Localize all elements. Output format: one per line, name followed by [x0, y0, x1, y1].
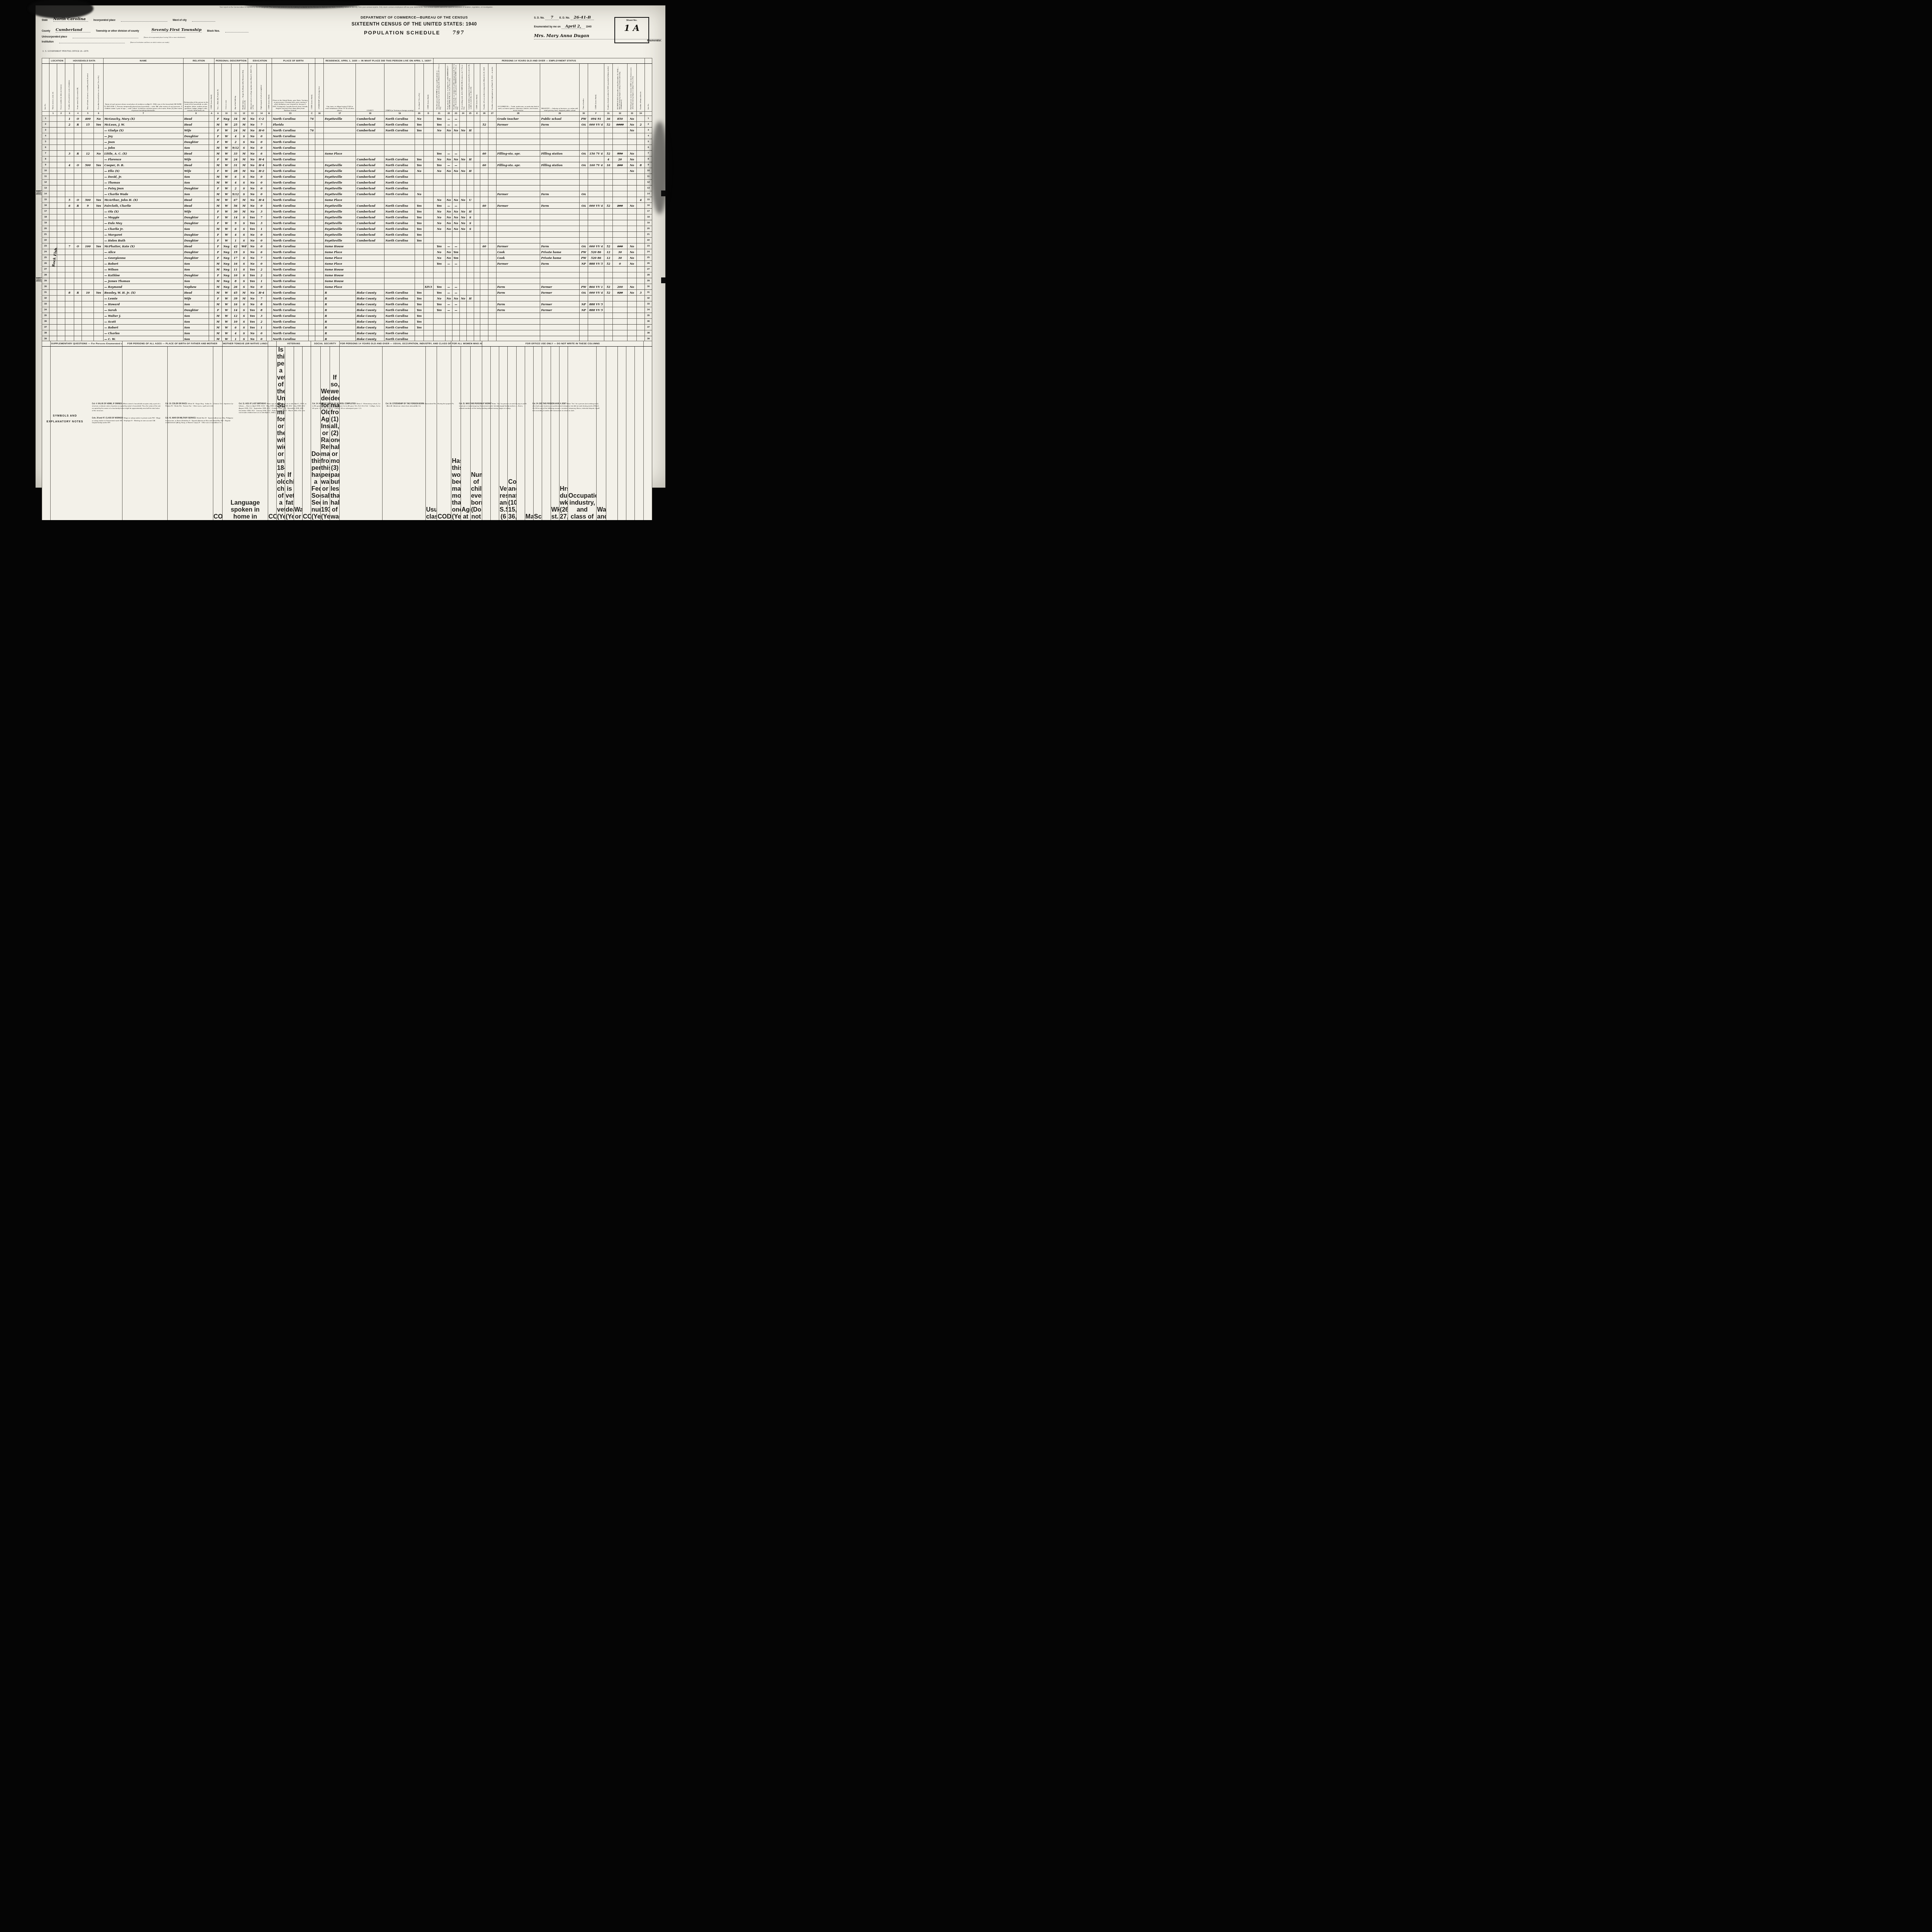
cell-c20 — [415, 139, 424, 145]
cell-c3 — [65, 330, 74, 336]
cell-c23: — — [452, 307, 460, 313]
cell-cA — [209, 330, 214, 336]
cell-c12: S — [240, 301, 248, 307]
cell-c13: No — [248, 209, 257, 214]
cell-c27 — [488, 162, 497, 168]
cell-c31 — [604, 232, 613, 238]
cell-c23: No — [452, 128, 460, 133]
cell-c26 — [480, 255, 488, 261]
cell-c22 — [445, 272, 452, 278]
cell-c21: No — [433, 255, 445, 261]
cell-c2 — [57, 243, 65, 249]
cell-ln2: 6 — [645, 145, 652, 151]
cell-c8: Son — [183, 278, 209, 284]
cell-c3 — [65, 261, 74, 267]
cell-ln: 8 — [42, 156, 49, 162]
explanatory-note: Col. 21. WAS THIS PERSON AT WORK? Enter … — [459, 403, 528, 415]
column-group: EDUCATION — [248, 58, 272, 64]
cell-c2 — [57, 145, 65, 151]
cell-c28 — [496, 209, 540, 214]
cell-c12: M — [240, 197, 248, 203]
cell-c12: S — [240, 330, 248, 336]
cell-cC — [309, 226, 315, 232]
cell-cC — [309, 238, 315, 243]
cell-c6 — [94, 226, 104, 232]
census-row: 20— Charlie Jr.SonMW6SYes1North Carolina… — [42, 226, 652, 232]
cell-ln: 24 — [42, 249, 49, 255]
cell-c28: Filling-sta. opr. — [496, 151, 540, 156]
cell-c13: Yes — [248, 307, 257, 313]
cell-c15: North Carolina — [272, 272, 309, 278]
cell-cC — [309, 168, 315, 174]
cell-c26: 60 — [480, 203, 488, 209]
column-caption-s50: Number of children ever born (Do not inc… — [471, 472, 482, 520]
cell-cB — [266, 267, 272, 272]
cell-c10: W — [221, 133, 231, 139]
cell-c32: 1000 — [613, 122, 627, 128]
cell-cB — [266, 156, 272, 162]
cell-c5: 500 — [82, 197, 94, 203]
cell-c12: M — [240, 168, 248, 174]
cell-c7: — Charlie Jr. — [104, 226, 184, 232]
cell-c23: — — [452, 290, 460, 296]
cell-c14: 0 — [257, 139, 266, 145]
cell-c6: Yes — [94, 122, 104, 128]
column-header-s45: USUAL OCCUPATION — [340, 347, 383, 520]
cell-ln2: 29 — [645, 278, 652, 284]
column-caption-sS: Wk. st. (21–25) — [551, 507, 560, 520]
cell-c24 — [459, 238, 467, 243]
cell-c32: 30 — [613, 255, 627, 261]
column-header-c23: If neither at work nor assigned to publi… — [452, 64, 460, 112]
cell-c14: 0 — [257, 232, 266, 238]
cell-cA — [209, 226, 214, 232]
cell-c21 — [433, 174, 445, 180]
cell-c17: Same House — [324, 272, 356, 278]
column-header-c29: INDUSTRY — Industry or business, as cott… — [540, 64, 579, 112]
cell-cA — [209, 261, 214, 267]
cell-cB — [266, 319, 272, 325]
cell-c32 — [613, 180, 627, 185]
column-group: PERSONS 14 YEARS OLD AND OVER — EMPLOYME… — [433, 58, 645, 64]
cell-c4 — [74, 296, 82, 301]
cell-c17: Same House — [324, 267, 356, 272]
cell-c17: Fayetteville — [324, 238, 356, 243]
column-header-c20: On a farm? (Yes or No) — [415, 64, 424, 112]
cell-c24 — [459, 284, 467, 290]
cell-c30 — [579, 267, 588, 272]
cell-c5 — [82, 330, 94, 336]
cell-c15: North Carolina — [272, 162, 309, 168]
census-row: 166R9YesFaircloth, CharlieHeadMW56MNo0No… — [42, 203, 652, 209]
cell-ln2: 34 — [645, 307, 652, 313]
cell-c26 — [480, 278, 488, 284]
cell-c10: W — [221, 191, 231, 197]
cell-c20: Yes — [415, 122, 424, 128]
cell-c32 — [613, 185, 627, 191]
cell-c4 — [74, 319, 82, 325]
cell-c30 — [579, 325, 588, 330]
cell-ln2: 37 — [645, 325, 652, 330]
cell-c12: S — [240, 133, 248, 139]
column-header-s36: FATHER — [122, 347, 167, 520]
cell-c1 — [49, 185, 57, 191]
cell-cF: 000 VV 4 — [588, 203, 604, 209]
cell-ln2: 1 — [645, 116, 652, 122]
cell-c30: OA — [579, 290, 588, 296]
cell-cF: 888 VV 5 — [588, 301, 604, 307]
cell-cD — [423, 319, 433, 325]
cell-c24 — [459, 174, 467, 180]
cell-c6 — [94, 330, 104, 336]
cell-c4 — [74, 226, 82, 232]
cell-cF: 888 VV 5 — [588, 261, 604, 267]
cell-cB — [266, 162, 272, 168]
cell-c28 — [496, 272, 540, 278]
census-row: 18— MaggieDaughterFW14SYes7North Carolin… — [42, 214, 652, 220]
cell-c25 — [467, 261, 474, 267]
cell-c1 — [49, 133, 57, 139]
cell-c3 — [65, 284, 74, 290]
cell-c13: No — [248, 180, 257, 185]
cell-c25: H — [467, 209, 474, 214]
cell-c33 — [627, 301, 637, 307]
column-caption-c33: Did this person receive income of $50 or… — [630, 64, 634, 109]
cell-c2 — [57, 226, 65, 232]
cell-c20 — [415, 145, 424, 151]
note-title: Col. 16. CITIZENSHIP OF THE FOREIGN BORN… — [386, 403, 425, 405]
note-title: Col. 41. WAR OR MILITARY SERVICE: — [165, 417, 197, 419]
cell-cD — [423, 145, 433, 151]
cell-c23 — [452, 191, 460, 197]
cell-cC — [309, 325, 315, 330]
cell-cE — [474, 122, 480, 128]
cell-c1 — [49, 139, 57, 145]
cell-c34 — [637, 139, 645, 145]
cell-c16 — [315, 249, 324, 255]
cell-ln2: 18 — [645, 214, 652, 220]
cell-c8: Son — [183, 174, 209, 180]
cell-c14: 0 — [257, 203, 266, 209]
cell-c6 — [94, 185, 104, 191]
column-group — [643, 341, 652, 347]
cell-cA — [209, 122, 214, 128]
cell-c5 — [82, 191, 94, 197]
column-caption-sN: Color and nat. (10, 15, 36, and 37) — [508, 479, 516, 520]
cell-c19 — [384, 139, 415, 145]
column-caption-c34: Number of farm schedule — [640, 92, 642, 109]
cell-c21 — [433, 272, 445, 278]
cell-c32 — [613, 296, 627, 301]
cell-c11: 8 — [231, 278, 240, 284]
cell-c14: H-2 — [257, 168, 266, 174]
cell-c21 — [433, 330, 445, 336]
cell-c15: North Carolina — [272, 145, 309, 151]
column-header-c25: Indicate whether engaged in home housewo… — [467, 64, 474, 112]
cell-c32 — [613, 330, 627, 336]
cell-c7: — Walter J. — [104, 313, 184, 319]
cell-c26 — [480, 249, 488, 255]
cell-c26 — [480, 301, 488, 307]
note-title: Col. 11. AGE AT LAST BIRTHDAY: — [239, 403, 267, 405]
cell-c29 — [540, 296, 579, 301]
cell-c25: U — [467, 197, 474, 203]
column-caption-s41: War or military service — [294, 507, 303, 520]
cell-c9: M — [214, 191, 222, 197]
cell-c25 — [467, 122, 474, 128]
column-caption-c28: OCCUPATION — Trade, profession, or parti… — [497, 105, 540, 111]
cell-c10: W — [221, 168, 231, 174]
cell-cF: 866 VV 1 — [588, 284, 604, 290]
cell-c26 — [480, 214, 488, 220]
cell-c11: 16 — [231, 261, 240, 267]
cell-c33 — [627, 133, 637, 139]
cell-c23 — [452, 267, 460, 272]
cell-c15: North Carolina — [272, 156, 309, 162]
cell-c11: 4 — [231, 133, 240, 139]
cell-cE — [474, 162, 480, 168]
cell-c21 — [433, 232, 445, 238]
cell-c27 — [488, 232, 497, 238]
cell-c2 — [57, 133, 65, 139]
cell-c19: North Carolina — [384, 180, 415, 185]
incorporated-label: Incorporated place — [94, 19, 116, 22]
cell-cC — [309, 290, 315, 296]
cell-c32: 550 — [613, 151, 627, 156]
cell-c22: — — [445, 243, 452, 249]
cell-cA — [209, 185, 214, 191]
cell-ln: 20 — [42, 226, 49, 232]
cell-c31 — [604, 191, 613, 197]
cell-cC — [309, 319, 315, 325]
census-row: 12— ThomasSonMW4SNo0North CarolinaFayett… — [42, 180, 652, 185]
cell-c24: No — [459, 209, 467, 214]
cell-c5: 100 — [82, 243, 94, 249]
cell-c9: F — [214, 116, 222, 122]
column-caption-c3: Number of household in order of visitati… — [68, 80, 70, 109]
cell-c7: — Margaret — [104, 232, 184, 238]
column-header-c11: Age at last birthday — [231, 64, 240, 112]
cell-cE — [474, 139, 480, 145]
cell-cB — [266, 284, 272, 290]
cell-c31: 16 — [604, 162, 613, 168]
cell-ln: 18 — [42, 214, 49, 220]
cell-cA — [209, 249, 214, 255]
cell-c6 — [94, 128, 104, 133]
column-number-c32: 32 — [613, 112, 627, 116]
cell-c18 — [356, 151, 384, 156]
cell-c19: North Carolina — [384, 307, 415, 313]
cell-c13: No — [248, 296, 257, 301]
cell-cB — [266, 174, 272, 180]
cell-cB — [266, 122, 272, 128]
cell-c13: Yes — [248, 319, 257, 325]
cell-c29: Private home — [540, 249, 579, 255]
cell-c10: W — [221, 180, 231, 185]
cell-c4 — [74, 145, 82, 151]
cell-c7: — Joy — [104, 133, 184, 139]
cell-c2 — [57, 214, 65, 220]
cell-cE — [474, 214, 480, 220]
cell-ln: 30 — [42, 284, 49, 290]
cell-cC: 76 — [309, 128, 315, 133]
cell-c19 — [384, 261, 415, 267]
cell-c5 — [82, 238, 94, 243]
cell-cD — [423, 185, 433, 191]
cell-c8: Son — [183, 226, 209, 232]
cell-cD: XIV3 — [423, 284, 433, 290]
cell-cA — [209, 296, 214, 301]
cell-c12: S — [240, 174, 248, 180]
cell-c30 — [579, 139, 588, 145]
cell-c34 — [637, 128, 645, 133]
cell-c19 — [384, 255, 415, 261]
cell-c25 — [467, 180, 474, 185]
column-caption-sU: Occupation, industry, and class of worke… — [568, 493, 597, 520]
column-header-c26: Number of hours worked during week of Ma… — [480, 64, 488, 112]
cell-c26: 60 — [480, 162, 488, 168]
cell-c17: R — [324, 290, 356, 296]
column-group: SUPPLEMENTARY QUESTIONS — For Persons En… — [51, 341, 122, 347]
census-row: 5— JoanDaughterFW2SNo0North Carolina5 — [42, 139, 652, 145]
cell-c11: 28 — [231, 168, 240, 174]
cell-c4 — [74, 284, 82, 290]
cell-c7: — Georgianna — [104, 255, 184, 261]
cell-c6 — [94, 145, 104, 151]
column-header-cC: CODE (Leave blank) — [309, 64, 315, 112]
cell-c16 — [315, 151, 324, 156]
cell-cC — [309, 139, 315, 145]
cell-ln: 34 — [42, 307, 49, 313]
cell-c31 — [604, 133, 613, 139]
cell-cD — [423, 156, 433, 162]
cell-c16 — [315, 139, 324, 145]
column-number-c28: 28 — [496, 112, 540, 116]
cell-c33 — [627, 319, 637, 325]
column-header-c16: CITIZENSHIP of the foreign born — [315, 64, 324, 112]
cell-c2 — [57, 116, 65, 122]
cell-cF — [588, 325, 604, 330]
cell-cE — [474, 180, 480, 185]
census-row: 237O100YesMcPhatter, Kate (X)HeadFNeg42W… — [42, 243, 652, 249]
cell-c10: Neg — [221, 284, 231, 290]
cell-c14: H-4 — [257, 156, 266, 162]
cell-c22: No — [445, 220, 452, 226]
cell-c23: No — [452, 156, 460, 162]
cell-c16 — [315, 156, 324, 162]
cell-c20 — [415, 255, 424, 261]
cell-cC — [309, 313, 315, 319]
cell-c3 — [65, 267, 74, 272]
cell-c15: North Carolina — [272, 226, 309, 232]
cell-c18: Cumberland — [356, 209, 384, 214]
cell-c3 — [65, 232, 74, 238]
cell-c18 — [356, 145, 384, 151]
cell-c2 — [57, 313, 65, 319]
cell-c6 — [94, 301, 104, 307]
cell-c23: No — [452, 197, 460, 203]
cell-cF — [588, 313, 604, 319]
cell-ln: 12 — [42, 180, 49, 185]
cell-c3 — [65, 301, 74, 307]
cell-c17 — [324, 128, 356, 133]
cell-c18: Hoke County — [356, 307, 384, 313]
cell-cD — [423, 209, 433, 214]
cell-c11: 4 — [231, 330, 240, 336]
cell-c26 — [480, 197, 488, 203]
cell-c29 — [540, 278, 579, 284]
cell-cE — [474, 209, 480, 214]
cell-c32 — [613, 267, 627, 272]
column-caption-sQ: Sc. attend. (13) — [534, 514, 542, 520]
cell-c19 — [384, 197, 415, 203]
cell-c18: Cumberland — [356, 168, 384, 174]
cell-cE — [474, 278, 480, 284]
cell-c27 — [488, 319, 497, 325]
column-header-c5: Value of home, if owned, or monthly rent… — [82, 64, 94, 112]
cell-cC — [309, 249, 315, 255]
column-caption-s40: If child, is veteran-father dead? (Yes o… — [286, 472, 294, 520]
cell-c10: Neg — [221, 255, 231, 261]
cell-c9: M — [214, 325, 222, 330]
cell-c4 — [74, 267, 82, 272]
cell-ln2: 14 — [645, 191, 652, 197]
cell-c24 — [459, 278, 467, 284]
county-label: County — [42, 30, 50, 32]
cell-cC — [309, 330, 315, 336]
cell-c9: F — [214, 296, 222, 301]
cell-c11: 33 — [231, 151, 240, 156]
cell-c31 — [604, 174, 613, 180]
cell-c4: R — [74, 122, 82, 128]
cell-c21 — [433, 180, 445, 185]
cell-c1 — [49, 272, 57, 278]
cell-c24 — [459, 191, 467, 197]
cell-c2 — [57, 180, 65, 185]
cell-c15: North Carolina — [272, 249, 309, 255]
cell-c28 — [496, 238, 540, 243]
cell-c26 — [480, 238, 488, 243]
cell-c13: No — [248, 232, 257, 238]
cell-c15: North Carolina — [272, 151, 309, 156]
cell-c27 — [488, 307, 497, 313]
cell-c13: No — [248, 168, 257, 174]
cell-c1 — [49, 168, 57, 174]
cell-c22: — — [445, 162, 452, 168]
census-row: 26— RobertSonMNeg16SNo0North CarolinaSam… — [42, 261, 652, 267]
supplementary-questions-table: SUPPLEMENTARY QUESTIONS — For Persons En… — [42, 341, 652, 520]
cell-c30 — [579, 278, 588, 284]
cell-cD — [423, 151, 433, 156]
cell-c24: No — [459, 156, 467, 162]
cell-c2 — [57, 220, 65, 226]
explanatory-note: Col. 24. DID THIS PERSON HAVE A JOB? Ent… — [532, 403, 601, 415]
cell-c17: R — [324, 307, 356, 313]
cell-c29: Farmer — [540, 301, 579, 307]
cell-c14: H-4 — [257, 162, 266, 168]
cell-cA — [209, 162, 214, 168]
cell-c30 — [579, 313, 588, 319]
explanatory-notes: SYMBOLS AND EXPLANATORY NOTES Col. 4. VA… — [42, 403, 659, 425]
cell-ln: 11 — [42, 174, 49, 180]
census-row: 29— James ThomasSonMNeg8SYes1North Carol… — [42, 278, 652, 284]
note-title: Cols. 30 and 47. CLASS OF WORKER: — [92, 417, 124, 419]
cell-cE — [474, 156, 480, 162]
cell-c21: Yes — [433, 162, 445, 168]
cell-c30 — [579, 145, 588, 151]
cell-c2 — [57, 267, 65, 272]
cell-c16 — [315, 116, 324, 122]
